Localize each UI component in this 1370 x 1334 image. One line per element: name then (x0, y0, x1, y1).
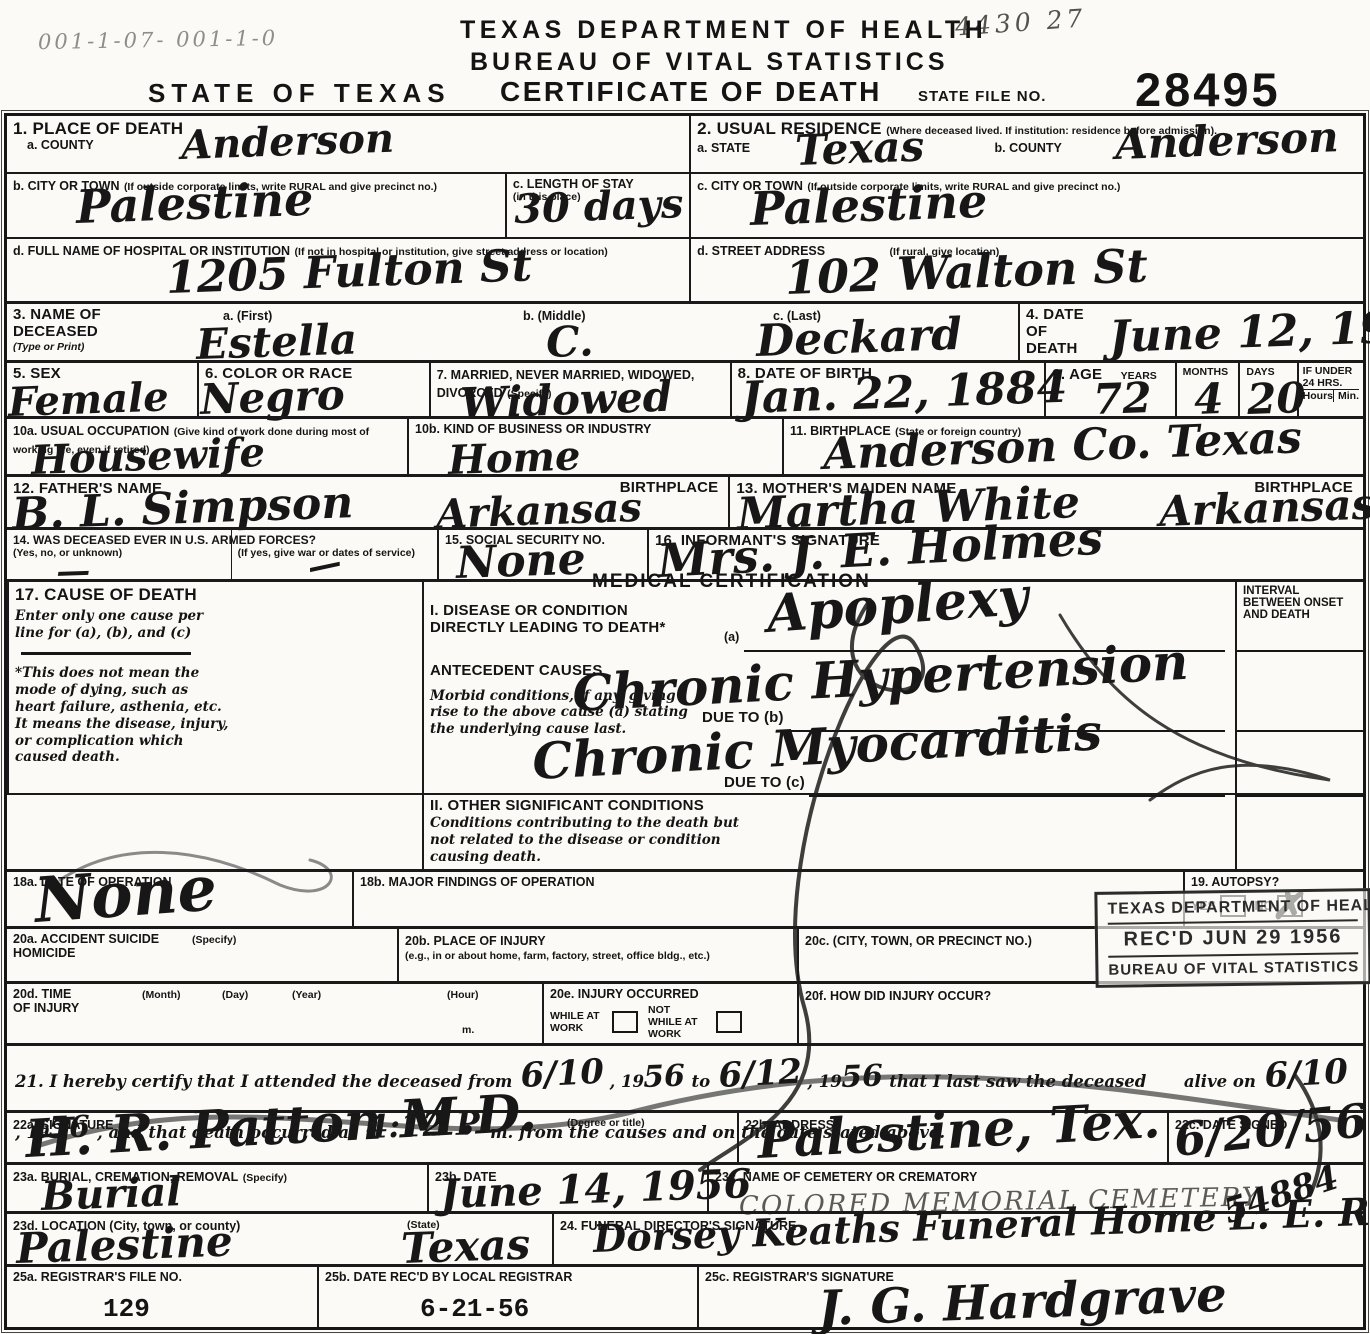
cert-to-date: 6/12 (717, 1046, 803, 1103)
section-usual-occupation: 10a. USUAL OCCUPATION (Give kind of work… (7, 419, 407, 475)
name-title: 3. NAME OF DECEASED (13, 307, 171, 341)
signature-paren: (Degree or title) (567, 1117, 645, 1129)
burial-paren: (Specify) (243, 1172, 287, 1184)
residence-state-value: Texas (794, 122, 925, 175)
medical-certification-title: MEDICAL CERTIFICATION (592, 571, 871, 592)
section-registrar-file-no: 25a. REGISTRAR'S FILE NO. 129 (7, 1267, 317, 1327)
cert-y1-hand: 56 (642, 1053, 685, 1101)
section-date-of-death: 4. DATE OF DEATH June 12, 1956 (1018, 304, 1363, 360)
section-cause-of-death-notes: 17. CAUSE OF DEATH Enter only one cause … (7, 582, 422, 793)
residence-county-value: Anderson (1114, 112, 1339, 169)
section-age-months: MONTHS 4 (1175, 363, 1239, 415)
section-date-of-operation: 18a. DATE OF OPERATION None (7, 872, 352, 926)
section-date-of-birth: 8. DATE OF BIRTH Jan. 22, 1884 (730, 363, 1045, 415)
section-name-of-deceased: 3. NAME OF DECEASED (Type or Print) (7, 304, 177, 360)
injury-year-label: (Year) (292, 989, 321, 1001)
death-certificate-scan: 001-1-07- 001-1-0 4430 27 TEXAS DEPARTME… (0, 0, 1370, 1334)
certificate-form: 1. PLACE OF DEATH a. COUNTY Anderson b. … (4, 113, 1366, 1330)
last-name-value: Deckard (755, 309, 963, 367)
residence-city-value: Palestine (749, 174, 988, 236)
state-file-no-label: STATE FILE NO. (918, 88, 1046, 105)
burial-date-value: June 14, 1956 (439, 1161, 752, 1219)
section-burial-location: 23d. LOCATION (City, town, or county) (S… (7, 1214, 552, 1264)
section-how-injury-occurred: 20f. HOW DID INJURY OCCUR? (797, 984, 1363, 1043)
injury-city-label: 20c. (CITY, TOWN, OR PRECINCT NO.) (805, 934, 1032, 948)
cert-y1: , 19 (610, 1072, 644, 1091)
section-physician-address: 22b. ADDRESS Palestine, Tex. (737, 1113, 1167, 1163)
cert-pre2: alive on (1184, 1072, 1256, 1091)
section-date-signed: 22c. DATE SIGNED 6/20/56 (1167, 1113, 1363, 1163)
operation-date-value: None (32, 851, 219, 937)
armed-forces-label: 14. WAS DECEASED EVER IN U.S. ARMED FORC… (13, 533, 225, 547)
cause-of-death-label: 17. CAUSE OF DEATH (15, 585, 416, 604)
section-place-of-death: 1. PLACE OF DEATH a. COUNTY Anderson b. … (7, 116, 689, 301)
cause-line-note: Enter only one cause per line for (a), (… (15, 608, 215, 642)
section-registrar-signature: 25c. REGISTRAR'S SIGNATURE J. G. Hardgra… (697, 1267, 1363, 1327)
certificate-title: CERTIFICATE OF DEATH (500, 76, 882, 108)
section-age: 9. AGE YEARS 72 (1044, 363, 1174, 415)
section-usual-residence: 2. USUAL RESIDENCE (Where deceased lived… (689, 116, 1363, 301)
section-burial-date: 23b. DATE June 14, 1956 (427, 1165, 707, 1211)
section-registrar-date: 25b. DATE REC'D BY LOCAL REGISTRAR 6-21-… (317, 1267, 697, 1327)
section-medical-causes: I. DISEASE OR CONDITION DIRECTLY LEADING… (422, 582, 1235, 793)
residence-state-label: a. STATE (697, 141, 750, 155)
injury-m-label: m. (462, 1024, 474, 1036)
autopsy-label: 19. AUTOPSY? (1191, 875, 1357, 889)
min-label: Min. (1334, 390, 1359, 402)
interval-line-a (1237, 650, 1363, 652)
cert-post1: that I last saw the deceased (889, 1072, 1146, 1091)
section-burial: 23a. BURIAL, CREMATION, REMOVAL (Specify… (7, 1165, 427, 1211)
armed-forces-paren1: (Yes, no, or unknown) (13, 547, 225, 559)
accident-paren: (Specify) (192, 934, 236, 946)
section-color-or-race: 6. COLOR OR RACE Negro (197, 363, 429, 415)
date-of-death-label: 4. DATE OF DEATH (1026, 307, 1096, 357)
received-stamp: TEXAS DEPARTMENT OF HEALTH REC'D JUN 29 … (1094, 888, 1370, 988)
accident-label: 20a. ACCIDENT SUICIDE HOMICIDE (13, 932, 163, 960)
section-sex: 5. SEX Female (7, 363, 197, 415)
section-time-of-injury: 20d. TIME OF INJURY (Month) (Day) (Year)… (7, 984, 542, 1043)
while-at-work-checkbox (612, 1011, 638, 1033)
state-of-texas-title: STATE OF TEXAS (148, 78, 451, 109)
not-while-at-work-checkbox (716, 1011, 742, 1033)
other-conditions-label: II. OTHER SIGNIFICANT CONDITIONS (430, 798, 1229, 815)
major-findings-label: 18b. MAJOR FINDINGS OF OPERATION (360, 875, 1177, 889)
certificate-header: 001-1-07- 001-1-0 4430 27 TEXAS DEPARTME… (0, 0, 1370, 113)
while-at-work-label: WHILE AT WORK (550, 1010, 602, 1034)
place-of-injury-label: 20b. PLACE OF INJURY (405, 934, 546, 948)
stamp-line1: TEXAS DEPARTMENT OF HEALTH (1107, 897, 1357, 918)
pencil-notation-left: 001-1-07- 001-1-0 (38, 26, 279, 54)
business-label: 10b. KIND OF BUSINESS OR INDUSTRY (415, 422, 776, 436)
how-injury-label: 20f. HOW DID INJURY OCCUR? (805, 989, 991, 1003)
section-marital-status: 7. MARRIED, NEVER MARRIED, WIDOWED, DIVO… (429, 363, 730, 415)
birthplace-value: Anderson Co. Texas (822, 412, 1302, 480)
not-while-at-work-label: NOT WHILE AT WORK (648, 1004, 706, 1040)
section-injury-occurred: 20e. INJURY OCCURRED WHILE AT WORK NOT W… (542, 984, 797, 1043)
cemetery-label: 23c. NAME OF CEMETERY OR CREMATORY (715, 1170, 977, 1184)
place-of-injury-paren: (e.g., in or about home, farm, factory, … (405, 950, 791, 962)
section-age-days: DAYS 20 (1238, 363, 1296, 415)
section-major-findings: 18b. MAJOR FINDINGS OF OPERATION (352, 872, 1183, 926)
under24-label: IF UNDER 24 HRS. (1303, 365, 1359, 389)
injury-day-label: (Day) (222, 989, 248, 1001)
hours-label: Hours (1303, 390, 1334, 402)
injury-hour-label: (Hour) (447, 989, 479, 1001)
cause-a-label: (a) (724, 630, 739, 644)
residence-county-label: b. COUNTY (995, 141, 1062, 155)
injury-month-label: (Month) (142, 989, 180, 1001)
street-address-value: 102 Walton St (784, 238, 1149, 305)
section-armed-forces: 14. WAS DECEASED EVER IN U.S. ARMED FORC… (7, 530, 437, 580)
name-sub: (Type or Print) (13, 341, 171, 353)
stamp-line2: REC'D JUN 29 1956 (1108, 919, 1358, 957)
section-physician-signature: 22a. SIGNATURE (Degree or title) H. R. P… (7, 1113, 737, 1163)
section-interval: INTERVAL BETWEEN ONSET AND DEATH (1235, 582, 1363, 793)
cert-alive-date: 6/10 (1263, 1046, 1349, 1103)
interval-line-b (1237, 730, 1363, 732)
other-conditions-note: Conditions contributing to the death but… (430, 815, 760, 866)
section-birthplace: 11. BIRTHPLACE (State or foreign country… (782, 419, 1363, 475)
date-of-death-value: June 12, 1956 (1108, 300, 1370, 363)
section-funeral-director: 24. FUNERAL DIRECTOR'S SIGNATURE Dorsey … (552, 1214, 1363, 1264)
interval-label: INTERVAL BETWEEN ONSET AND DEATH (1243, 585, 1357, 621)
registrar-date-label: 25b. DATE REC'D BY LOCAL REGISTRAR (325, 1270, 691, 1284)
registrar-file-value: 129 (103, 1294, 311, 1324)
cert-y2-hand: 56 (840, 1053, 883, 1101)
bureau-title: BUREAU OF VITAL STATISTICS (470, 48, 949, 77)
section-fathers-name: 12. FATHER'S NAME BIRTHPLACE B. L. Simps… (7, 477, 728, 527)
divider (21, 652, 191, 655)
section-kind-of-business: 10b. KIND OF BUSINESS OR INDUSTRY Home (407, 419, 782, 475)
county-value: Anderson (180, 115, 394, 169)
section-under-24hrs: IF UNDER 24 HRS. Hours Min. (1297, 363, 1363, 415)
time-of-injury-label: 20d. TIME OF INJURY (13, 987, 83, 1015)
cert-to-word: to (691, 1072, 710, 1091)
department-title: TEXAS DEPARTMENT OF HEALTH (460, 16, 987, 45)
cert-y2: , 19 (807, 1072, 841, 1091)
cause-asterisk-note: *This does not mean the mode of dying, s… (15, 665, 230, 766)
injury-occurred-label: 20e. INJURY OCCURRED (550, 987, 791, 1001)
state-file-number: 28495 (1135, 62, 1281, 117)
section-place-of-injury: 20b. PLACE OF INJURY (e.g., in or about … (397, 929, 797, 981)
section-accident-suicide-homicide: 20a. ACCIDENT SUICIDE HOMICIDE (Specify) (7, 929, 397, 981)
registrar-file-label: 25a. REGISTRAR'S FILE NO. (13, 1270, 311, 1284)
interval-continued (1235, 795, 1363, 868)
length-of-stay-value: 30 days (513, 180, 684, 233)
stamp-line3: BUREAU OF VITAL STATISTICS (1108, 954, 1358, 978)
city-value: Palestine (75, 172, 314, 234)
section-other-conditions: II. OTHER SIGNIFICANT CONDITIONS Conditi… (422, 795, 1235, 868)
registrar-date-value: 6-21-56 (420, 1294, 691, 1324)
